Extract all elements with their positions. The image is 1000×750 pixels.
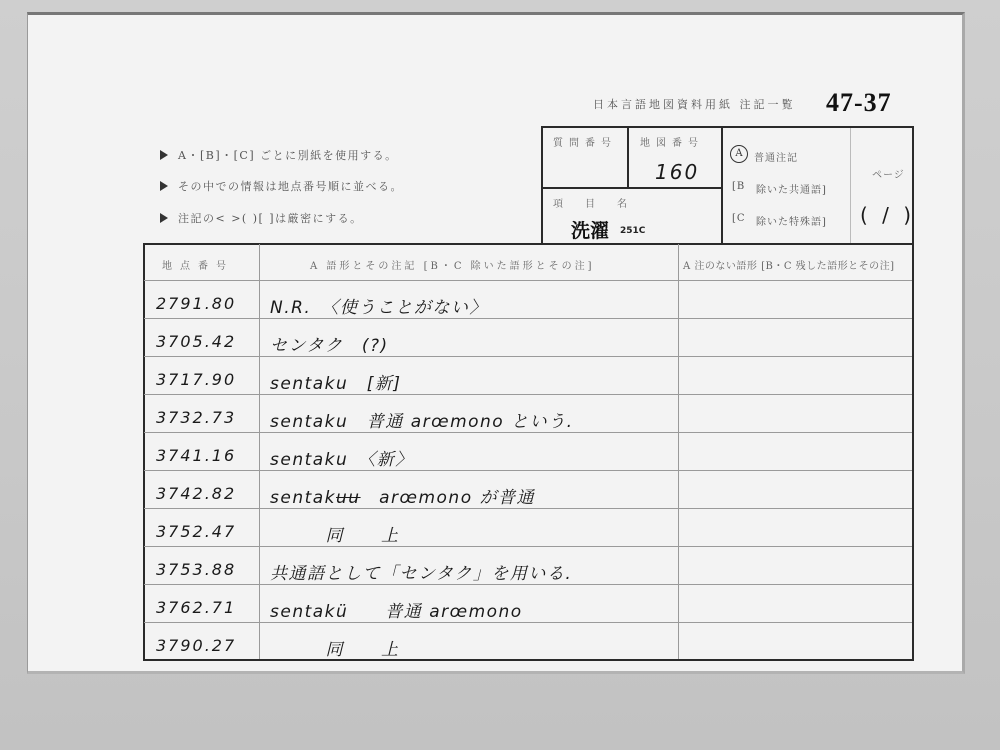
- row-divider: [144, 432, 912, 433]
- form-note-cell: sentakü 普通 arœmono: [270, 597, 523, 622]
- instruction-2: その中での情報は地点番号順に並べる。: [160, 178, 403, 194]
- instruction-text: 注記の< >( )[ ]は厳密にする。: [178, 212, 363, 225]
- note-type-a-label: 普通注記: [754, 149, 798, 164]
- note-type-c-marker[interactable]: [C: [732, 213, 746, 224]
- form-note-cell: sentakuu arœmono が普通: [270, 483, 535, 508]
- point-number-cell: 3753.88: [156, 560, 236, 579]
- instruction-text: A・[B]・[C] ごとに別紙を使用する。: [178, 149, 398, 162]
- note-type-b-label: 除いた共通語]: [756, 181, 827, 196]
- page-label: ページ: [872, 166, 905, 181]
- point-number-cell: 3762.71: [156, 598, 236, 617]
- row-divider: [144, 508, 912, 509]
- point-number-cell: 3717.90: [156, 370, 236, 389]
- item-code: 251C: [620, 226, 645, 236]
- form-note-cell: sentaku [新]: [270, 369, 402, 394]
- triangle-bullet-icon: [160, 181, 168, 191]
- point-number-cell: 3742.82: [156, 484, 236, 503]
- triangle-bullet-icon: [160, 150, 168, 160]
- point-number-cell: 2791.80: [156, 294, 236, 313]
- page-value: ( / ): [860, 203, 915, 227]
- form-note-cell: センタク (?): [270, 331, 389, 356]
- item-name-value: 洗濯: [571, 216, 609, 243]
- row-divider: [144, 546, 912, 547]
- row-divider: [144, 318, 912, 319]
- header-form-and-note: A 語形とその注記 [B・C 除いた語形とその注]: [310, 257, 595, 272]
- question-number-label: 質問番号: [553, 134, 617, 149]
- point-number-cell: 3741.16: [156, 446, 236, 465]
- form-note-cell: N.R. 〈使うことがない〉: [270, 293, 488, 318]
- point-number-cell: 3752.47: [156, 522, 236, 541]
- struck-text: uu: [336, 488, 361, 508]
- form-note-cell: sentaku 普通 arœmono という.: [270, 407, 574, 432]
- note-type-a-circled[interactable]: A: [730, 145, 748, 163]
- row-divider: [144, 356, 912, 357]
- triangle-bullet-icon: [160, 213, 168, 223]
- point-number-cell: 3705.42: [156, 332, 236, 351]
- instruction-text: その中での情報は地点番号順に並べる。: [178, 180, 403, 193]
- map-number-value: 160: [655, 160, 699, 184]
- form-note-cell: 共通語として「センタク」を用いる.: [270, 559, 572, 584]
- form-code: 47-37: [826, 88, 892, 118]
- instruction-1: A・[B]・[C] ごとに別紙を使用する。: [160, 147, 398, 163]
- header-plain-form: A 注のない語形 [B・C 残した語形とその注]: [683, 257, 895, 272]
- point-number-cell: 3790.27: [156, 636, 236, 655]
- point-number-cell: 3732.73: [156, 408, 236, 427]
- row-divider: [144, 470, 912, 471]
- header-point-number: 地点番号: [162, 257, 234, 272]
- row-divider: [144, 394, 912, 395]
- row-divider: [144, 584, 912, 585]
- item-name-label: 項目名: [553, 195, 649, 210]
- instruction-3: 注記の< >( )[ ]は厳密にする。: [160, 210, 363, 226]
- form-note-cell: 同 上: [270, 635, 400, 660]
- form-title: 日本言語地図資料用紙 注記一覧: [593, 96, 796, 112]
- row-divider: [144, 622, 912, 623]
- form-note-cell: sentaku 〈新〉: [270, 445, 414, 470]
- note-type-c-label: 除いた特殊語]: [756, 213, 827, 228]
- row-divider: [144, 280, 912, 281]
- form-note-cell: 同 上: [270, 521, 400, 546]
- note-type-b-marker[interactable]: [B: [732, 181, 745, 192]
- map-number-label: 地図番号: [640, 134, 704, 149]
